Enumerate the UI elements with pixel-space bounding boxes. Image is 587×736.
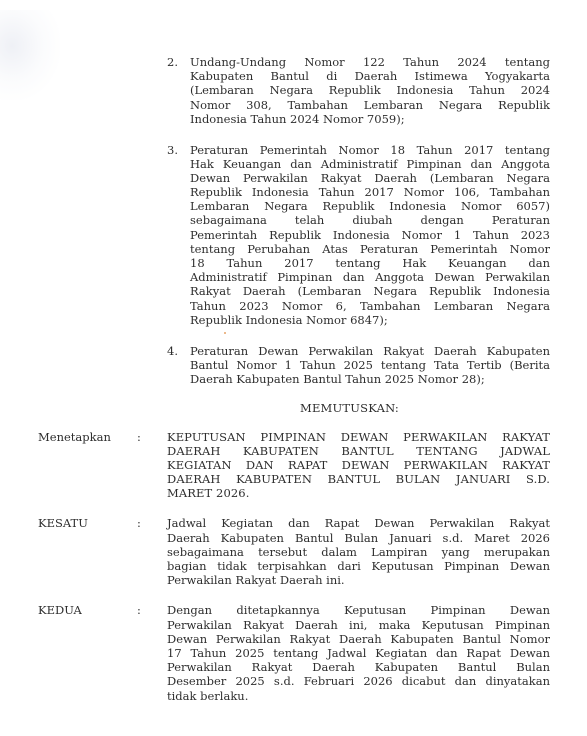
text-line: Republik Indonesia Tahun 2017 Nomor 106,… bbox=[190, 185, 550, 199]
text-line: Peraturan Pemerintah Nomor 18 Tahun 2017… bbox=[190, 143, 550, 157]
text-line: Peraturan Dewan Perwakilan Rakyat Daerah… bbox=[190, 344, 550, 358]
text-line: Undang-Undang Nomor 122 Tahun 2024 tenta… bbox=[190, 55, 550, 69]
text-line: Dengan ditetapkannya Keputusan Pimpinan … bbox=[167, 603, 550, 617]
decision-text: Dengan ditetapkannya Keputusan Pimpinan … bbox=[167, 603, 550, 702]
decisions-list: Menetapkan:KEPUTUSAN PIMPINAN DEWAN PERW… bbox=[38, 430, 550, 703]
text-line: 17 Tahun 2025 tentang Jadwal Kegiatan da… bbox=[167, 646, 550, 660]
item-number: 4. bbox=[167, 344, 190, 387]
text-line: Indonesia Tahun 2024 Nomor 7059); bbox=[190, 112, 550, 126]
text-line: Perwakilan Rakyat Daerah ini, maka Keput… bbox=[167, 618, 550, 632]
consideration-item: 4.Peraturan Dewan Perwakilan Rakyat Daer… bbox=[167, 344, 550, 387]
text-line: Tahun 2023 Nomor 6, Tambahan Lembaran Ne… bbox=[190, 299, 550, 313]
decision-row: KESATU:Jadwal Kegiatan dan Rapat Dewan P… bbox=[38, 516, 550, 587]
text-line: sebagaimana telah diubah dengan Peratura… bbox=[190, 213, 550, 227]
text-line: tidak berlaku. bbox=[167, 689, 550, 703]
text-line: 18 Tahun 2017 tentang Hak Keuangan dan bbox=[190, 256, 550, 270]
text-line: DAERAH KABUPATEN BANTUL BULAN JANUARI S.… bbox=[167, 472, 550, 486]
text-line: Pemerintah Republik Indonesia Nomor 1 Ta… bbox=[190, 228, 550, 242]
text-line: Bantul Nomor 1 Tahun 2025 tentang Tata T… bbox=[190, 358, 550, 372]
decision-label: KEDUA bbox=[38, 603, 137, 702]
decision-separator: : bbox=[137, 516, 167, 587]
item-number: 3. bbox=[167, 143, 190, 327]
text-line: DAERAH KABUPATEN BANTUL TENTANG JADWAL bbox=[167, 444, 550, 458]
item-text: Peraturan Pemerintah Nomor 18 Tahun 2017… bbox=[190, 143, 550, 327]
decision-heading: MEMUTUSKAN: bbox=[167, 401, 550, 415]
item-text: Peraturan Dewan Perwakilan Rakyat Daerah… bbox=[190, 344, 550, 387]
text-line: Jadwal Kegiatan dan Rapat Dewan Perwakil… bbox=[167, 516, 550, 530]
text-line: MARET 2026. bbox=[167, 486, 550, 500]
text-line: bagian tidak terpisahkan dari Keputusan … bbox=[167, 559, 550, 573]
text-line: Daerah Kabupaten Bantul Tahun 2025 Nomor… bbox=[190, 372, 550, 386]
document-body: 2.Undang-Undang Nomor 122 Tahun 2024 ten… bbox=[38, 55, 550, 703]
text-line: (Lembaran Negara Republik Indonesia Tahu… bbox=[190, 83, 550, 97]
text-line: Daerah Kabupaten Bantul Bulan Januari s.… bbox=[167, 531, 550, 545]
text-line: KEGIATAN DAN RAPAT DEWAN PERWAKILAN RAKY… bbox=[167, 458, 550, 472]
text-line: Hak Keuangan dan Administratif Pimpinan … bbox=[190, 157, 550, 171]
text-line: Lembaran Negara Republik Indonesia Nomor… bbox=[190, 199, 550, 213]
decision-row: KEDUA:Dengan ditetapkannya Keputusan Pim… bbox=[38, 603, 550, 702]
text-line: Desember 2025 s.d. Februari 2026 dicabut… bbox=[167, 674, 550, 688]
text-line: Dewan Perwakilan Rakyat Daerah Kabupaten… bbox=[167, 632, 550, 646]
text-line: Perwakilan Rakyat Daerah Kabupaten Bantu… bbox=[167, 660, 550, 674]
consideration-item: 3.Peraturan Pemerintah Nomor 18 Tahun 20… bbox=[167, 143, 550, 327]
decision-text: KEPUTUSAN PIMPINAN DEWAN PERWAKILAN RAKY… bbox=[167, 430, 550, 501]
decision-separator: : bbox=[137, 430, 167, 501]
decision-label: KESATU bbox=[38, 516, 137, 587]
text-line: Republik Indonesia Nomor 6847); bbox=[190, 313, 550, 327]
text-line: Nomor 308, Tambahan Lembaran Negara Repu… bbox=[190, 98, 550, 112]
text-line: Perwakilan Rakyat Daerah ini. bbox=[167, 573, 550, 587]
item-number: 2. bbox=[167, 55, 190, 126]
decision-text: Jadwal Kegiatan dan Rapat Dewan Perwakil… bbox=[167, 516, 550, 587]
text-line: tentang Perubahan Atas Peraturan Pemerin… bbox=[190, 242, 550, 256]
document-page: 2.Undang-Undang Nomor 122 Tahun 2024 ten… bbox=[0, 0, 587, 736]
decision-row: Menetapkan:KEPUTUSAN PIMPINAN DEWAN PERW… bbox=[38, 430, 550, 501]
considerations-list: 2.Undang-Undang Nomor 122 Tahun 2024 ten… bbox=[38, 55, 550, 386]
consideration-item: 2.Undang-Undang Nomor 122 Tahun 2024 ten… bbox=[167, 55, 550, 126]
text-line: Administratif Pimpinan dan Anggota Dewan… bbox=[190, 270, 550, 284]
text-line: Rakyat Daerah (Lembaran Negara Republik … bbox=[190, 284, 550, 298]
decision-label: Menetapkan bbox=[38, 430, 137, 501]
text-line: Dewan Perwakilan Rakyat Daerah (Lembaran… bbox=[190, 171, 550, 185]
text-line: Kabupaten Bantul di Daerah Istimewa Yogy… bbox=[190, 69, 550, 83]
text-line: sebagaimana tersebut dalam Lampiran yang… bbox=[167, 545, 550, 559]
decision-separator: : bbox=[137, 603, 167, 702]
item-text: Undang-Undang Nomor 122 Tahun 2024 tenta… bbox=[190, 55, 550, 126]
text-line: KEPUTUSAN PIMPINAN DEWAN PERWAKILAN RAKY… bbox=[167, 430, 550, 444]
